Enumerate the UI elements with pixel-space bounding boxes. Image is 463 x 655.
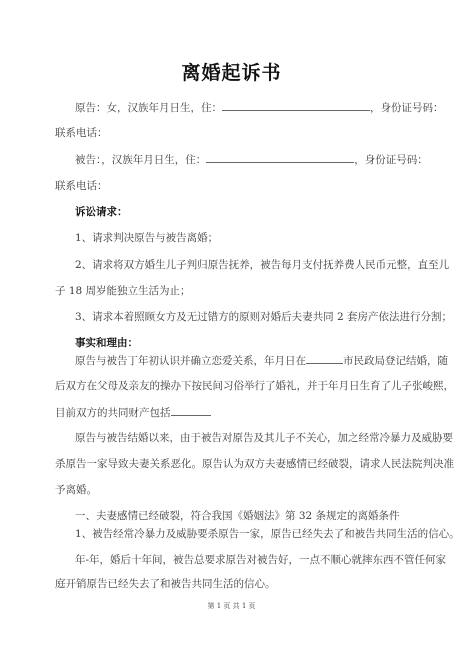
facts-text: 目前双方的共同财产包括 bbox=[55, 407, 171, 419]
defendant-suffix: ，身份证号码： bbox=[354, 154, 428, 166]
defendant-prefix: 被告：，汉族年月日生，住： bbox=[75, 154, 206, 166]
defendant-info: 被告：，汉族年月日生，住：，身份证号码： bbox=[75, 152, 411, 167]
claim-item: 1、请求判决原告与被告离婚； bbox=[75, 231, 411, 245]
facts-text: 市民政局登记结婚，随 bbox=[343, 355, 448, 367]
facts-paragraph-2-line-2: 杀原告一家导致夫妻关系恶化。原告认为双方夫妻感情已经破裂，请求人民法院判决准 bbox=[55, 457, 411, 471]
facts-paragraph-5-line-2: 庭开销原告已经失去了和被告共同生活的信心。 bbox=[55, 577, 411, 591]
plaintiff-prefix: 原告：女，汉族年月日生，住： bbox=[75, 102, 222, 114]
defendant-address-blank bbox=[206, 152, 354, 163]
claim-item-continuation: 子 18 周岁能独立生活为止； bbox=[55, 284, 411, 298]
facts-paragraph-2-line-3: 予离婚。 bbox=[55, 483, 411, 497]
facts-paragraph-1: 原告与被告丁年初认识并确立恋爱关系，年月日在市民政局登记结婚，随 bbox=[75, 353, 411, 368]
plaintiff-address-blank bbox=[222, 100, 370, 111]
facts-text: 原告与被告丁年初认识并确立恋爱关系，年月日在 bbox=[75, 355, 306, 367]
facts-paragraph-1-line-3: 目前双方的共同财产包括 bbox=[55, 405, 411, 420]
plaintiff-contact: 联系电话： bbox=[55, 126, 411, 140]
facts-paragraph-5: 年-年，婚后十年间，被告总要求原告对被告好，一点不顺心就摔东西不管任何家 bbox=[75, 553, 411, 567]
facts-paragraph-2: 原告与被告结婚以来，由于被告对原告及其儿子不关心，加之经常冷暴力及威胁要 bbox=[75, 431, 411, 445]
document-title: 离婚起诉书 bbox=[0, 58, 463, 85]
registration-city-blank bbox=[306, 353, 343, 364]
claims-heading: 诉讼请求： bbox=[75, 205, 411, 219]
plaintiff-suffix: ，身份证号码： bbox=[370, 102, 444, 114]
document-page: 离婚起诉书 原告：女，汉族年月日生，住：，身份证号码： 联系电话： 被告：，汉族… bbox=[0, 0, 463, 655]
facts-paragraph-1-line-2: 后双方在父母及亲友的操办下按民间习俗举行了婚礼，并于年月日生育了儿子张峻熙， bbox=[55, 379, 411, 393]
defendant-contact: 联系电话： bbox=[55, 179, 411, 193]
facts-paragraph-3: 一、夫妻感情已经破裂，符合我国《婚姻法》第 32 条规定的离婚条件 bbox=[75, 509, 411, 523]
claim-item: 2、请求将双方婚生儿子判归原告抚养，被告每月支付抚养费人民币元整，直至儿 bbox=[75, 258, 411, 272]
facts-heading: 事实和理由： bbox=[75, 336, 411, 350]
plaintiff-info: 原告：女，汉族年月日生，住：，身份证号码： bbox=[75, 100, 411, 115]
page-footer: 第 1 页 共 1 页 bbox=[0, 601, 463, 611]
facts-paragraph-4: 1、被告经常冷暴力及威胁要杀原告一家，原告已经失去了和被告共同生活的信心。 bbox=[75, 527, 411, 541]
claim-item: 3、请求本着照顾女方及无过错方的原则对婚后夫妻共同 2 套房产依法进行分割； bbox=[75, 310, 411, 324]
joint-property-blank bbox=[171, 405, 211, 416]
